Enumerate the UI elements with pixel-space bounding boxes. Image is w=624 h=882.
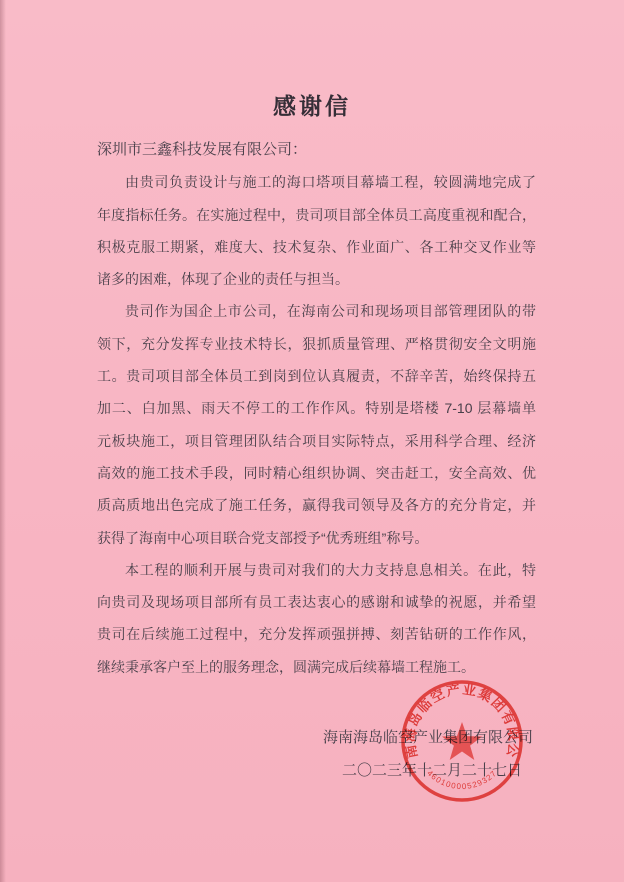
- star-icon: [442, 722, 482, 760]
- body-line: 获得了海南中心项目联合党支部授予“优秀班组”称号。: [97, 522, 536, 554]
- body-line: 领下，充分发挥专业技术特长，狠抓质量管理、严格贯彻安全文明施: [97, 328, 536, 360]
- body-line: 诸多的困难，体现了企业的责任与担当。: [97, 263, 536, 295]
- body-line: 贵司在后续施工过程中，充分发挥顽强拼搏、刻苦钻研的工作作风，: [97, 618, 536, 650]
- body-line: 元板块施工，项目管理团队结合项目实际特点，采用科学合理、经济: [97, 425, 536, 457]
- body-line: 向贵司及现场项目部所有员工表达衷心的感谢和诚挚的祝愿，并希望: [97, 586, 536, 618]
- seal-code-text: 46010000529327: [425, 769, 499, 792]
- body-line: 年度指标任务。在实施过程中，贵司项目部全体员工高度重视和配合，: [97, 199, 536, 231]
- letter-body: 深圳市三鑫科技发展有限公司： 由贵司负责设计与施工的海口塔项目幕墙工程，较圆满地…: [97, 134, 536, 683]
- paragraph-2: 贵司作为国企上市公司，在海南公司和现场项目部管理团队的带领下，充分发挥专业技术特…: [97, 295, 536, 553]
- signature-block: 海南海岛临空产业集团有限公司 二〇二三年十二月二十七日: [0, 721, 624, 787]
- signature-date: 二〇二三年十二月二十七日: [0, 754, 624, 787]
- salutation: 深圳市三鑫科技发展有限公司：: [97, 134, 536, 166]
- paragraph-1: 由贵司负责设计与施工的海口塔项目幕墙工程，较圆满地完成了年度指标任务。在实施过程…: [97, 166, 536, 295]
- body-line: 加二、白加黑、雨天不停工的工作作风。特别是塔楼 7-10 层幕墙单: [97, 392, 536, 424]
- letter-title: 感谢信: [0, 88, 624, 121]
- signature-company: 海南海岛临空产业集团有限公司: [0, 721, 624, 754]
- company-seal-stamp: 海南海岛临空产业集团有限公司 46010000529327: [397, 676, 527, 806]
- body-line: 本工程的顺利开展与贵司对我们的大力支持息息相关。在此，特: [97, 554, 536, 586]
- body-line: 积极克服工期紧，难度大、技术复杂、作业面广、各工种交叉作业等: [97, 231, 536, 263]
- body-line: 贵司作为国企上市公司，在海南公司和现场项目部管理团队的带: [97, 295, 536, 327]
- letter-page: 感谢信 深圳市三鑫科技发展有限公司： 由贵司负责设计与施工的海口塔项目幕墙工程，…: [0, 0, 624, 882]
- body-line: 质高质地出色完成了施工任务，赢得我司领导及各方的充分肯定，并: [97, 489, 536, 521]
- body-line: 高效的施工技术手段，同时精心组织协调、突击赶工，安全高效、优: [97, 457, 536, 489]
- body-line: 由贵司负责设计与施工的海口塔项目幕墙工程，较圆满地完成了: [97, 166, 536, 198]
- body-line: 工。贵司项目部全体员工到岗到位认真履责，不辞辛苦，始终保持五: [97, 360, 536, 392]
- paragraph-3: 本工程的顺利开展与贵司对我们的大力支持息息相关。在此，特向贵司及现场项目部所有员…: [97, 554, 536, 683]
